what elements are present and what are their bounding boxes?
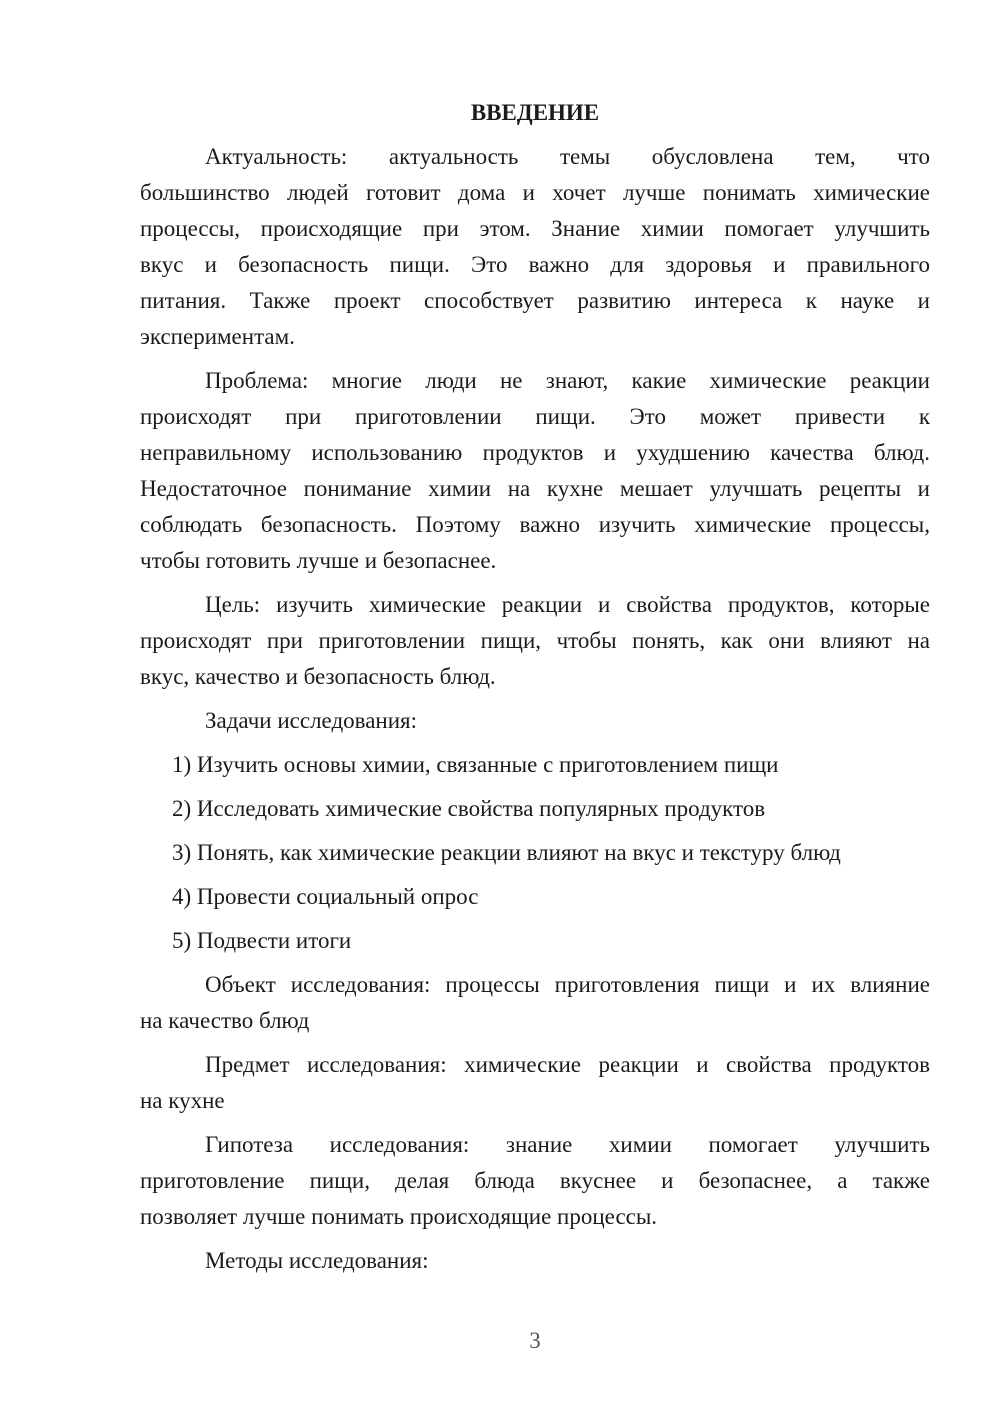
tasks-heading: Задачи исследования: [140, 703, 930, 739]
task-item-3: 3) Понять, как химические реакции влияют… [140, 835, 930, 871]
task-item-5: 5) Подвести итоги [140, 923, 930, 959]
task-list: 1) Изучить основы химии, связанные с при… [140, 747, 930, 959]
text-line: вкус, качество и безопасность блюд. [140, 659, 930, 695]
paragraph-subject: Предмет исследования: химические реакции… [140, 1047, 930, 1119]
text-line: экспериментам. [140, 319, 930, 355]
task-item-2: 2) Исследовать химические свойства попул… [140, 791, 930, 827]
task-item-4: 4) Провести социальный опрос [140, 879, 930, 915]
paragraph-problem: Проблема: многие люди не знают, какие хи… [140, 363, 930, 579]
text-line: большинство людей готовит дома и хочет л… [140, 175, 930, 211]
text-line: Объект исследования: процессы приготовле… [140, 967, 930, 1003]
text-line: Проблема: многие люди не знают, какие хи… [140, 363, 930, 399]
task-item-1: 1) Изучить основы химии, связанные с при… [140, 747, 930, 783]
text-line: Недостаточное понимание химии на кухне м… [140, 471, 930, 507]
paragraph-hypothesis: Гипотеза исследования: знание химии помо… [140, 1127, 930, 1235]
text-line: происходят при приготовлении пищи. Это м… [140, 399, 930, 435]
text-line: процессы, происходящие при этом. Знание … [140, 211, 930, 247]
section-title: ВВЕДЕНИЕ [140, 95, 930, 131]
text-line: неправильному использованию продуктов и … [140, 435, 930, 471]
text-line: Предмет исследования: химические реакции… [140, 1047, 930, 1083]
text-line: позволяет лучше понимать происходящие пр… [140, 1199, 930, 1235]
text-line: Гипотеза исследования: знание химии помо… [140, 1127, 930, 1163]
paragraph-object: Объект исследования: процессы приготовле… [140, 967, 930, 1039]
text-line: происходят при приготовлении пищи, чтобы… [140, 623, 930, 659]
text-line: чтобы готовить лучше и безопаснее. [140, 543, 930, 579]
page-number: 3 [140, 1323, 930, 1359]
paragraph-relevance: Актуальность: актуальность темы обусловл… [140, 139, 930, 355]
text-line: на кухне [140, 1083, 930, 1119]
document-page: ВВЕДЕНИЕ Актуальность: актуальность темы… [0, 0, 1000, 1414]
text-line: питания. Также проект способствует разви… [140, 283, 930, 319]
text-line: соблюдать безопасность. Поэтому важно из… [140, 507, 930, 543]
document-content: ВВЕДЕНИЕ Актуальность: актуальность темы… [140, 95, 930, 1359]
text-line: вкус и безопасность пищи. Это важно для … [140, 247, 930, 283]
text-line: на качество блюд [140, 1003, 930, 1039]
methods-heading: Методы исследования: [140, 1243, 930, 1279]
text-line: приготовление пищи, делая блюда вкуснее … [140, 1163, 930, 1199]
text-line: Актуальность: актуальность темы обусловл… [140, 139, 930, 175]
text-line: Цель: изучить химические реакции и свойс… [140, 587, 930, 623]
paragraph-goal: Цель: изучить химические реакции и свойс… [140, 587, 930, 695]
